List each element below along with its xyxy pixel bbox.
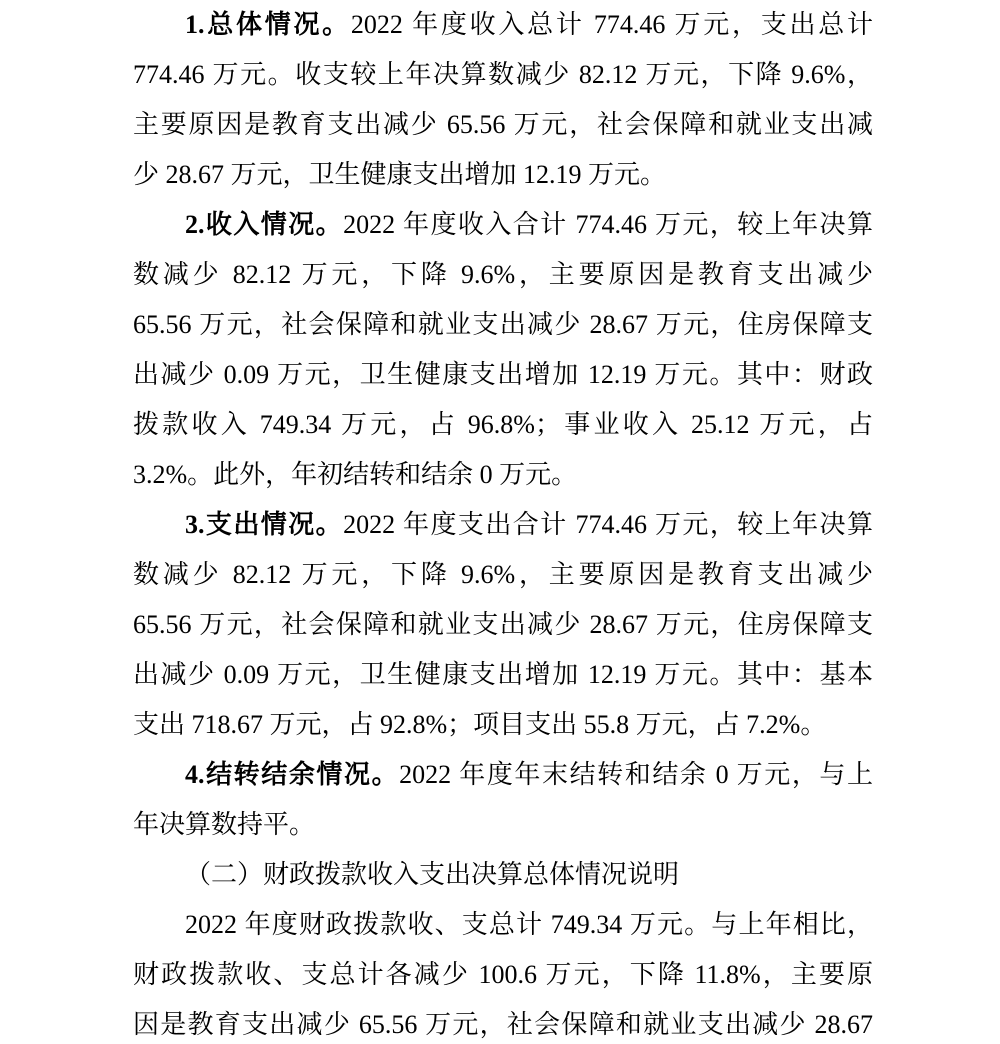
- text-line: 3.2%。此外，年初结转和结余 0 万元。: [133, 450, 873, 500]
- text-line: 出减少 0.09 万元，卫生健康支出增加 12.19 万元。其中：财政: [133, 350, 873, 400]
- text-line: 65.56 万元，社会保障和就业支出减少 28.67 万元，住房保障支: [133, 300, 873, 350]
- paragraph-lead-bold: 4.结转结余情况。: [185, 760, 399, 789]
- text-line: 出减少 0.09 万元，卫生健康支出增加 12.19 万元。其中：基本: [133, 650, 873, 700]
- text-line: 年决算数持平。: [133, 800, 873, 850]
- text-run: 主要原因是教育支出减少 65.56 万元，社会保障和就业支出减: [133, 110, 873, 139]
- document-body: 1.总体情况。2022 年度收入总计 774.46 万元，支出总计774.46 …: [133, 0, 873, 1044]
- text-run: 3.2%。此外，年初结转和结余 0 万元。: [133, 460, 577, 489]
- text-line: 少 28.67 万元，卫生健康支出增加 12.19 万元。: [133, 150, 873, 200]
- text-line: 65.56 万元，社会保障和就业支出减少 28.67 万元，住房保障支: [133, 600, 873, 650]
- text-line: 数减少 82.12 万元，下降 9.6%，主要原因是教育支出减少: [133, 250, 873, 300]
- text-run: 出减少 0.09 万元，卫生健康支出增加 12.19 万元。其中：基本: [133, 660, 873, 689]
- text-line: 2022 年度财政拨款收、支总计 749.34 万元。与上年相比，: [133, 900, 873, 950]
- text-line: （二）财政拨款收入支出决算总体情况说明: [133, 850, 873, 900]
- text-run: （二）财政拨款收入支出决算总体情况说明: [185, 860, 679, 889]
- text-line: 支出 718.67 万元，占 92.8%；项目支出 55.8 万元，占 7.2%…: [133, 700, 873, 750]
- text-run: 774.46 万元。收支较上年决算数减少 82.12 万元，下降 9.6%，: [133, 60, 873, 89]
- paragraph-lead-bold: 1.总体情况。: [185, 10, 351, 39]
- text-line: 1.总体情况。2022 年度收入总计 774.46 万元，支出总计: [133, 0, 873, 50]
- text-run: 数减少 82.12 万元，下降 9.6%，主要原因是教育支出减少: [133, 260, 873, 289]
- text-line: 774.46 万元。收支较上年决算数减少 82.12 万元，下降 9.6%，: [133, 50, 873, 100]
- text-run: 少 28.67 万元，卫生健康支出增加 12.19 万元。: [133, 160, 666, 189]
- text-run: 65.56 万元，社会保障和就业支出减少 28.67 万元，住房保障支: [133, 610, 873, 639]
- text-run: 年决算数持平。: [133, 810, 315, 839]
- text-line: 主要原因是教育支出减少 65.56 万元，社会保障和就业支出减: [133, 100, 873, 150]
- text-line: 数减少 82.12 万元，下降 9.6%，主要原因是教育支出减少: [133, 550, 873, 600]
- text-run: 2022 年度年末结转和结余 0 万元，与上: [399, 760, 873, 789]
- text-line: 拨款收入 749.34 万元，占 96.8%；事业收入 25.12 万元，占: [133, 400, 873, 450]
- text-line: 2.收入情况。2022 年度收入合计 774.46 万元，较上年决算: [133, 200, 873, 250]
- text-run: 财政拨款收、支总计各减少 100.6 万元，下降 11.8%，主要原: [133, 960, 873, 989]
- text-line: 因是教育支出减少 65.56 万元，社会保障和就业支出减少 28.67: [133, 1000, 873, 1044]
- text-run: 2022 年度财政拨款收、支总计 749.34 万元。与上年相比，: [185, 910, 873, 939]
- text-run: 2022 年度收入总计 774.46 万元，支出总计: [351, 10, 873, 39]
- text-run: 2022 年度支出合计 774.46 万元，较上年决算: [343, 510, 873, 539]
- text-run: 因是教育支出减少 65.56 万元，社会保障和就业支出减少 28.67: [133, 1010, 873, 1039]
- text-run: 数减少 82.12 万元，下降 9.6%，主要原因是教育支出减少: [133, 560, 873, 589]
- document-page: 1.总体情况。2022 年度收入总计 774.46 万元，支出总计774.46 …: [0, 0, 1000, 1044]
- text-run: 2022 年度收入合计 774.46 万元，较上年决算: [343, 210, 873, 239]
- text-run: 支出 718.67 万元，占 92.8%；项目支出 55.8 万元，占 7.2%…: [133, 710, 826, 739]
- text-run: 出减少 0.09 万元，卫生健康支出增加 12.19 万元。其中：财政: [133, 360, 873, 389]
- text-run: 拨款收入 749.34 万元，占 96.8%；事业收入 25.12 万元，占: [133, 410, 873, 439]
- text-line: 4.结转结余情况。2022 年度年末结转和结余 0 万元，与上: [133, 750, 873, 800]
- text-line: 3.支出情况。2022 年度支出合计 774.46 万元，较上年决算: [133, 500, 873, 550]
- paragraph-lead-bold: 3.支出情况。: [185, 510, 343, 539]
- text-run: 65.56 万元，社会保障和就业支出减少 28.67 万元，住房保障支: [133, 310, 873, 339]
- text-line: 财政拨款收、支总计各减少 100.6 万元，下降 11.8%，主要原: [133, 950, 873, 1000]
- paragraph-lead-bold: 2.收入情况。: [185, 210, 343, 239]
